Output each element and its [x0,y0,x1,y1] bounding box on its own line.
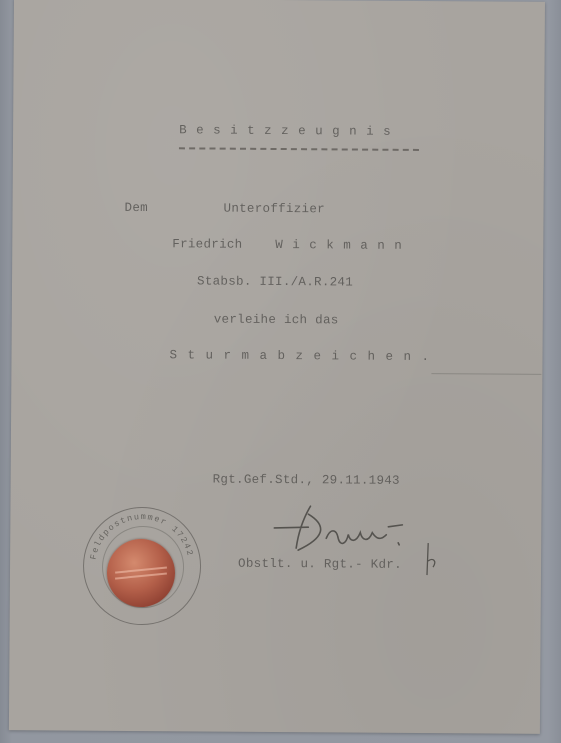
signer-title: Obstlt. u. Rgt.- Kdr. [238,557,402,572]
title-underline [179,147,419,151]
recipient-prefix: Dem [124,201,148,215]
coin-engraving [115,573,167,580]
recipient-last-name: Wickmann [275,238,411,253]
award-phrase: verleihe ich das [214,313,339,328]
certificate-paper: Besitzzeugnis Dem Unteroffizier Friedric… [9,0,545,734]
document-title: Besitzzeugnis [179,123,400,139]
place-and-date: Rgt.Gef.Std., 29.11.1943 [213,473,400,488]
recipient-first-name: Friedrich [172,237,242,251]
handwritten-initial [423,541,439,577]
recipient-rank: Unteroffizier [223,202,325,217]
award-name: Sturmabzeichen. [169,348,439,364]
copper-coin [107,539,175,607]
paper-fold-line [431,373,541,375]
handwritten-signature [268,498,418,559]
recipient-unit: Stabsb. III./A.R.241 [197,274,353,289]
